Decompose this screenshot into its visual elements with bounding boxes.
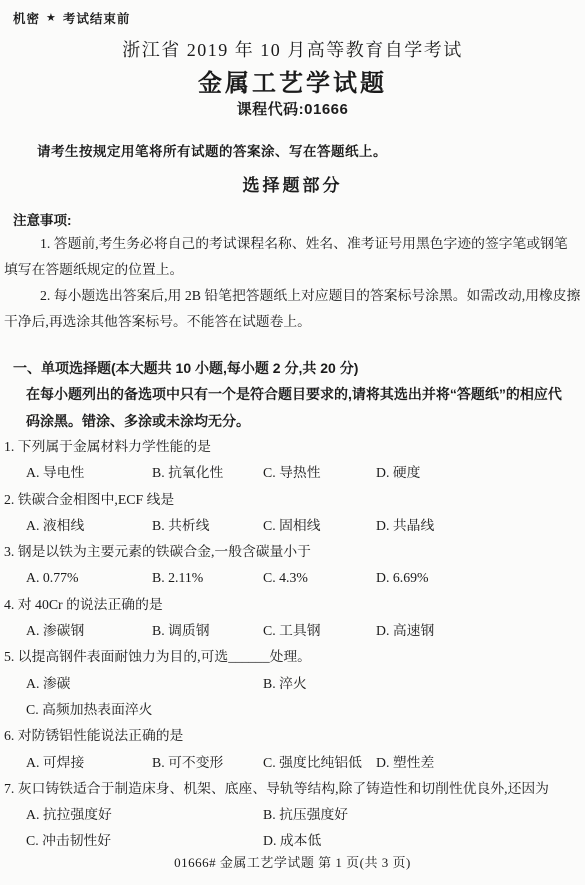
option-row: C. 冲击韧性好 D. 成本低 [4, 828, 581, 854]
option-b: B. 2.11% [152, 565, 263, 591]
option-d: D. 6.69% [376, 565, 581, 591]
question-stem: 2. 铁碳合金相图中,ECF 线是 [4, 487, 581, 513]
question-4: 4. 对 40Cr 的说法正确的是 A. 渗碳钢 B. 调质钢 C. 工具钢 D… [4, 592, 581, 645]
question-stem: 7. 灰口铸铁适合于制造床身、机架、底座、导轨等结构,除了铸造性和切削性优良外,… [4, 776, 581, 802]
section-one-subheading: 在每小题列出的备选项中只有一个是符合题目要求的,请将其选出并将“答题纸”的相应代… [26, 381, 574, 435]
question-2: 2. 铁碳合金相图中,ECF 线是 A. 液相线 B. 共析线 C. 固相线 D… [4, 487, 581, 540]
question-1: 1. 下列属于金属材料力学性能的是 A. 导电性 B. 抗氧化性 C. 导热性 … [4, 434, 581, 487]
question-6: 6. 对防锈铝性能说法正确的是 A. 可焊接 B. 可不变形 C. 强度比纯铝低… [4, 723, 581, 776]
exam-session-title: 浙江省 2019 年 10 月高等教育自学考试 [0, 36, 585, 62]
option-c: C. 固相线 [263, 513, 376, 539]
option-a: A. 渗碳钢 [26, 618, 152, 644]
option-b: B. 可不变形 [152, 750, 263, 776]
option-row: A. 可焊接 B. 可不变形 C. 强度比纯铝低 D. 塑性差 [4, 750, 581, 776]
option-b: B. 抗压强度好 [263, 802, 581, 828]
option-row: A. 抗拉强度好 B. 抗压强度好 [4, 802, 581, 828]
option-b: B. 共析线 [152, 513, 263, 539]
pen-notice: 请考生按规定用笔将所有试题的答案涂、写在答题纸上。 [37, 140, 387, 160]
option-a: A. 0.77% [26, 565, 152, 591]
option-d: D. 高速钢 [376, 618, 581, 644]
option-row: C. 高频加热表面淬火 [4, 697, 581, 723]
option-a: A. 导电性 [26, 460, 152, 486]
question-7: 7. 灰口铸铁适合于制造床身、机架、底座、导轨等结构,除了铸造性和切削性优良外,… [4, 776, 581, 855]
notes-heading: 注意事项: [13, 209, 72, 229]
option-d: D. 硬度 [376, 460, 581, 486]
option-b: B. 淬火 [263, 671, 581, 697]
option-c: C. 冲击韧性好 [26, 828, 263, 854]
secrecy-banner: 机密 ★ 考试结束前 [13, 9, 130, 27]
option-d: D. 共晶线 [376, 513, 581, 539]
option-c: C. 强度比纯铝低 [263, 750, 376, 776]
exam-notes: 1. 答题前,考生务必将自己的考试课程名称、姓名、准考证号用黑色字迹的签字笔或钢… [4, 231, 581, 335]
note-item-1: 1. 答题前,考生务必将自己的考试课程名称、姓名、准考证号用黑色字迹的签字笔或钢… [4, 231, 581, 283]
question-3: 3. 钢是以铁为主要元素的铁碳合金,一般含碳量小于 A. 0.77% B. 2.… [4, 539, 581, 592]
option-c: C. 4.3% [263, 565, 376, 591]
option-a: A. 液相线 [26, 513, 152, 539]
question-stem: 4. 对 40Cr 的说法正确的是 [4, 592, 581, 618]
option-row: A. 0.77% B. 2.11% C. 4.3% D. 6.69% [4, 565, 581, 591]
multiple-choice-section-title: 选择题部分 [0, 171, 585, 196]
question-5: 5. 以提高钢件表面耐蚀力为目的,可选______处理。 A. 渗碳 B. 淬火… [4, 644, 581, 723]
star-icon: ★ [46, 11, 57, 24]
option-a: A. 抗拉强度好 [26, 802, 263, 828]
classification-label: 机密 [13, 9, 40, 27]
exam-paper-page: 机密 ★ 考试结束前 浙江省 2019 年 10 月高等教育自学考试 金属工艺学… [0, 0, 585, 885]
question-list: 1. 下列属于金属材料力学性能的是 A. 导电性 B. 抗氧化性 C. 导热性 … [4, 434, 581, 855]
option-row: A. 导电性 B. 抗氧化性 C. 导热性 D. 硬度 [4, 460, 581, 486]
question-stem: 3. 钢是以铁为主要元素的铁碳合金,一般含碳量小于 [4, 539, 581, 565]
option-row: A. 液相线 B. 共析线 C. 固相线 D. 共晶线 [4, 513, 581, 539]
option-b: B. 调质钢 [152, 618, 263, 644]
option-a: A. 渗碳 [26, 671, 263, 697]
option-row: A. 渗碳 B. 淬火 [4, 671, 581, 697]
option-b: B. 抗氧化性 [152, 460, 263, 486]
course-code: 课程代码:01666 [0, 98, 585, 119]
note-item-2: 2. 每小题选出答案后,用 2B 铅笔把答题纸上对应题目的答案标号涂黑。如需改动… [4, 283, 581, 335]
option-row: A. 渗碳钢 B. 调质钢 C. 工具钢 D. 高速钢 [4, 618, 581, 644]
page-footer: 01666# 金属工艺学试题 第 1 页(共 3 页) [0, 852, 585, 871]
option-a: A. 可焊接 [26, 750, 152, 776]
option-d: D. 塑性差 [376, 750, 581, 776]
option-c: C. 导热性 [263, 460, 376, 486]
paper-title: 金属工艺学试题 [0, 63, 585, 98]
section-one-heading: 一、单项选择题(本大题共 10 小题,每小题 2 分,共 20 分) [13, 355, 358, 381]
option-d: D. 成本低 [263, 828, 581, 854]
question-stem: 1. 下列属于金属材料力学性能的是 [4, 434, 581, 460]
option-c: C. 工具钢 [263, 618, 376, 644]
question-stem: 5. 以提高钢件表面耐蚀力为目的,可选______处理。 [4, 644, 581, 670]
option-c: C. 高频加热表面淬火 [26, 697, 263, 723]
question-stem: 6. 对防锈铝性能说法正确的是 [4, 723, 581, 749]
classification-note: 考试结束前 [63, 9, 131, 27]
